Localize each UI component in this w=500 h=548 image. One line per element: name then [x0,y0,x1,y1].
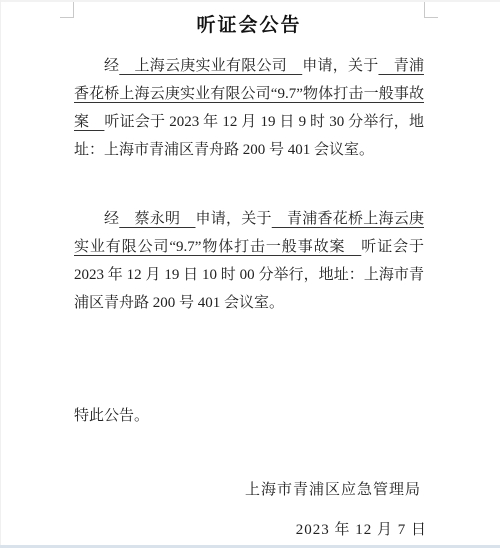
margin-crop-mark-left [60,2,74,18]
underlined-fill-in-text: 上海云庚实业有限公司 [119,58,302,74]
document-page: 听证会公告 经 上海云庚实业有限公司 申请，关于 青浦香花桥上海云庚实业有限公司… [0,0,500,548]
plain-text: 申请，关于 [196,211,272,227]
document-title: 听证会公告 [74,13,424,39]
closing-statement: 特此公告。 [74,402,424,430]
paragraph-hearing-2: 经 蔡永明 申请，关于 青浦香花桥上海云庚实业有限公司“9.7”物体打击一般事故… [74,205,424,317]
plain-text: 申请，关于 [302,58,378,74]
plain-text: 经 [104,58,119,74]
issuer-signature: 上海市青浦区应急管理局 [74,476,421,504]
margin-crop-mark-right [424,2,438,18]
underlined-fill-in-text: 蔡永明 [119,211,195,227]
issue-date: 2023 年 12 月 7 日 [74,516,427,544]
paragraph-hearing-1: 经 上海云庚实业有限公司 申请，关于 青浦香花桥上海云庚实业有限公司“9.7”物… [74,52,424,164]
page-left-edge [0,0,1,548]
plain-text: 经 [104,211,119,227]
plain-text: 听证会于 2023 年 12 月 19 日 9 时 30 分举行，地址：上海市青… [74,114,424,158]
